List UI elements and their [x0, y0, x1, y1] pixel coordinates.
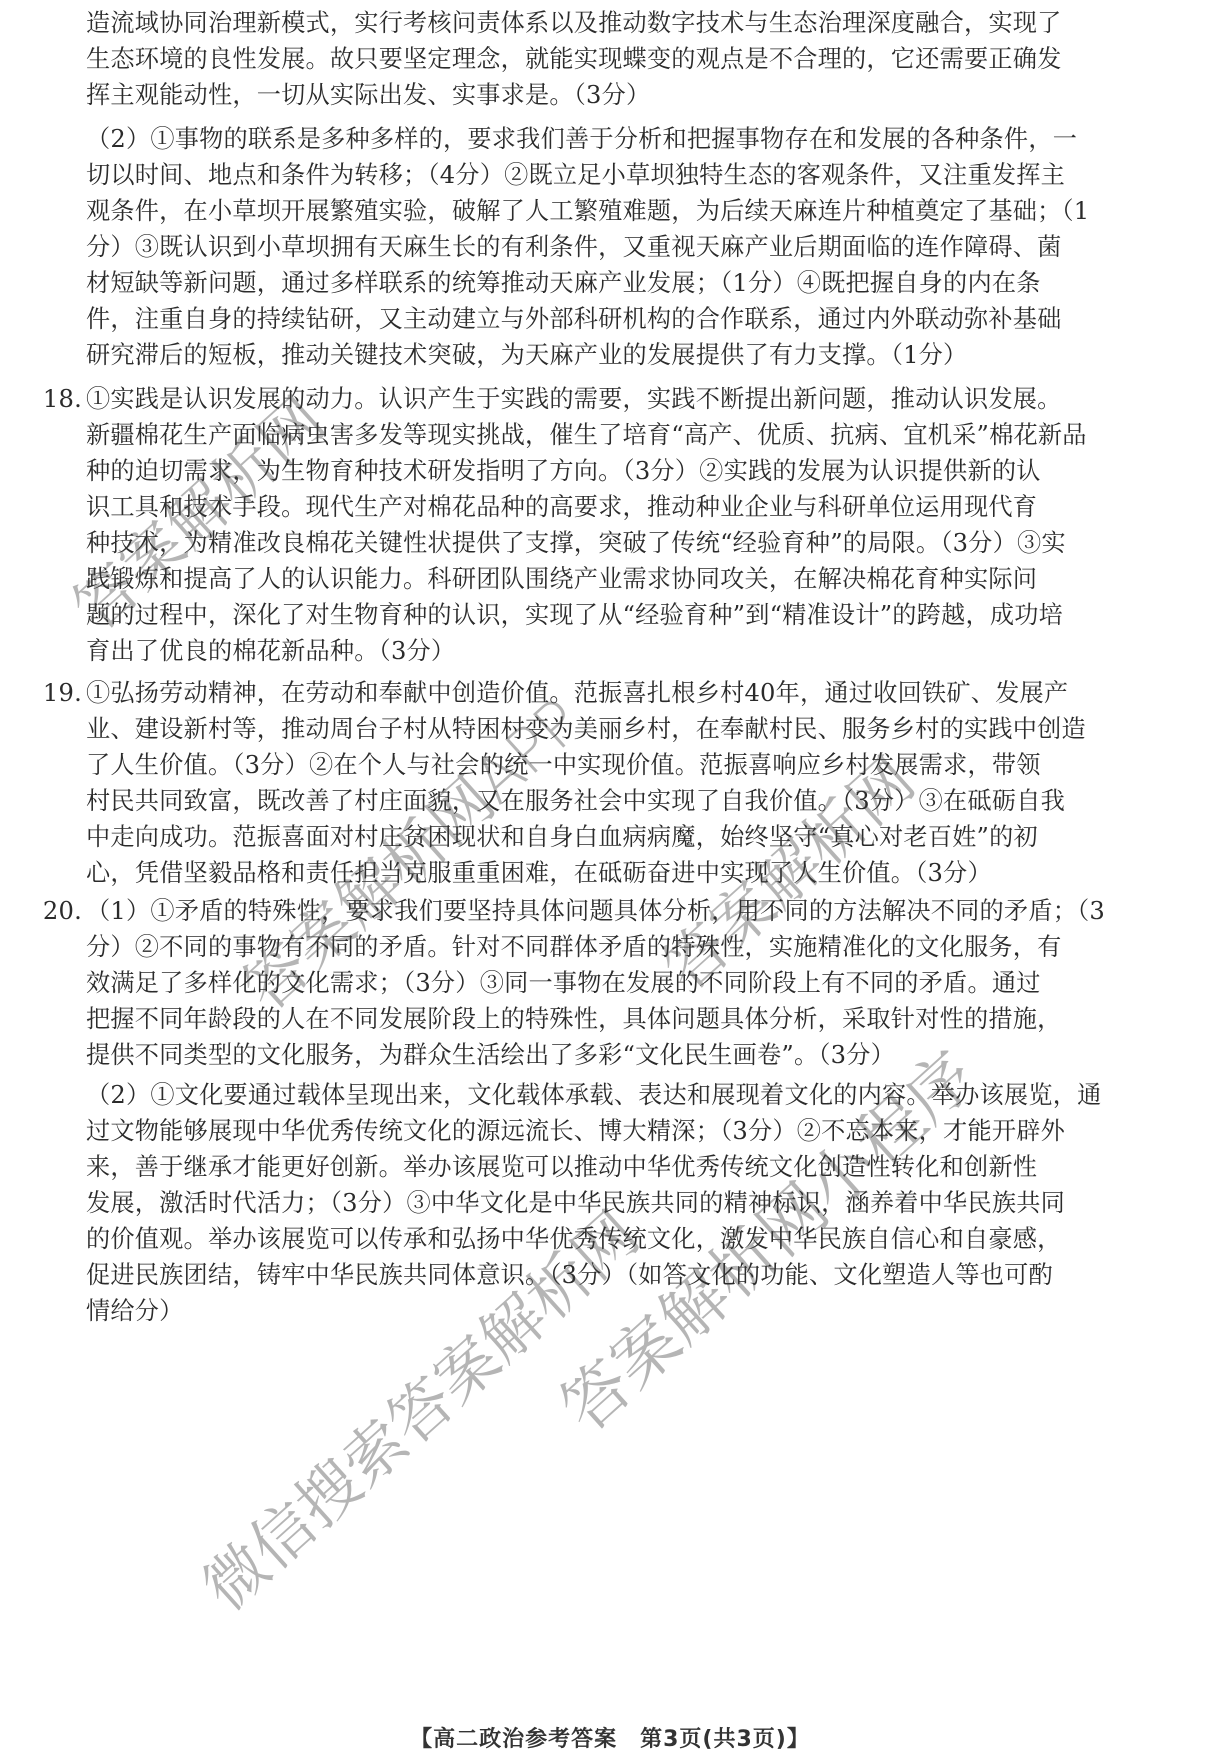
- line-text: 分）③既认识到小草坝拥有天麻生长的有利条件，又重视天麻产业后期面临的连作障碍、菌: [86, 233, 1062, 261]
- line-text: 育出了优良的棉花新品种。（3分）: [86, 637, 455, 665]
- line-text: 了人生价值。（3分）②在个人与社会的统一中实现价值。范振喜响应乡村发展需求，带领: [86, 751, 1041, 779]
- line-text: ①实践是认识发展的动力。认识产生于实践的需要，实践不断提出新问题，推动认识发展。: [86, 385, 1062, 413]
- line-text: （1）①矛盾的特殊性，要求我们要坚持具体问题具体分析，用不同的方法解决不同的矛盾…: [86, 897, 1105, 925]
- line-text: 发展，激活时代活力；（3分）③中华文化是中华民族共同的精神标识，涵养着中华民族共…: [86, 1189, 1065, 1217]
- line-text: （2）①文化要通过载体呈现出来，文化载体承载、表达和展现着文化的内容。举办该展览…: [86, 1081, 1101, 1109]
- text-line: 种的迫切需求，为生物育种技术研发指明了方向。（3分）②实践的发展为认识提供新的认: [86, 454, 1041, 488]
- text-line: 分）③既认识到小草坝拥有天麻生长的有利条件，又重视天麻产业后期面临的连作障碍、菌: [86, 230, 1062, 264]
- text-line: 18.①实践是认识发展的动力。认识产生于实践的需要，实践不断提出新问题，推动认识…: [86, 382, 1062, 416]
- text-line: 效满足了多样化的文化需求；（3分）③同一事物在发展的不同阶段上有不同的矛盾。通过: [86, 966, 1041, 1000]
- text-line: 识工具和技术手段。现代生产对棉花品种的高要求，推动种业企业与科研单位运用现代育: [86, 490, 1037, 524]
- text-line: （2）①事物的联系是多种多样的，要求我们善于分析和把握事物存在和发展的各种条件，…: [86, 122, 1077, 156]
- text-line: 村民共同致富，既改善了村庄面貌，又在服务社会中实现了自我价值。（3分）③在砥砺自…: [86, 784, 1065, 818]
- text-line: 挥主观能动性，一切从实际出发、实事求是。（3分）: [86, 78, 650, 112]
- line-text: 心，凭借坚毅品格和责任担当克服重重困难，在砥砺奋进中实现了人生价值。（3分）: [86, 859, 992, 887]
- line-text: 促进民族团结，铸牢中华民族共同体意识。（3分）（如答文化的功能、文化塑造人等也可…: [86, 1261, 1053, 1289]
- line-text: 件，注重自身的持续钻研，又主动建立与外部科研机构的合作联系，通过内外联动弥补基础: [86, 305, 1062, 333]
- answer-sheet-page: 造流域协同治理新模式，实行考核问责体系以及推动数字技术与生态治理深度融合，实现了…: [0, 0, 1220, 1758]
- text-line: 业、建设新村等，推动周台子村从特困村变为美丽乡村，在奉献村民、服务乡村的实践中创…: [86, 712, 1086, 746]
- page-footer: 【高二政治参考答案 第3页(共3页)】: [0, 1722, 1220, 1753]
- line-text: 种的迫切需求，为生物育种技术研发指明了方向。（3分）②实践的发展为认识提供新的认: [86, 457, 1041, 485]
- line-text: 识工具和技术手段。现代生产对棉花品种的高要求，推动种业企业与科研单位运用现代育: [86, 493, 1037, 521]
- text-line: 践锻炼和提高了人的认识能力。科研团队围绕产业需求协同攻关，在解决棉花育种实际问: [86, 562, 1037, 596]
- line-text: 践锻炼和提高了人的认识能力。科研团队围绕产业需求协同攻关，在解决棉花育种实际问: [86, 565, 1037, 593]
- line-text: 观条件，在小草坝开展繁殖实验，破解了人工繁殖难题，为后续天麻连片种植奠定了基础；…: [86, 197, 1089, 225]
- text-line: 材短缺等新问题，通过多样联系的统筹推动天麻产业发展；（1分）④既把握自身的内在条: [86, 266, 1041, 300]
- question-number: 20.: [22, 894, 82, 928]
- text-line: （2）①文化要通过载体呈现出来，文化载体承载、表达和展现着文化的内容。举办该展览…: [86, 1078, 1101, 1112]
- text-line: 来，善于继承才能更好创新。举办该展览可以推动中华优秀传统文化创造性转化和创新性: [86, 1150, 1037, 1184]
- text-line: 情给分）: [86, 1294, 184, 1328]
- text-line: 题的过程中，深化了对生物育种的认识，实现了从“经验育种”到“精准设计”的跨越，成…: [86, 598, 1063, 632]
- text-line: 育出了优良的棉花新品种。（3分）: [86, 634, 455, 668]
- text-line: 过文物能够展现中华优秀传统文化的源远流长、博大精深；（3分）②不忘本来，才能开辟…: [86, 1114, 1065, 1148]
- line-text: ①弘扬劳动精神，在劳动和奉献中创造价值。范振喜扎根乡村40年，通过收回铁矿、发展…: [86, 679, 1068, 707]
- line-text: 造流域协同治理新模式，实行考核问责体系以及推动数字技术与生态治理深度融合，实现了: [86, 9, 1062, 37]
- line-text: 业、建设新村等，推动周台子村从特困村变为美丽乡村，在奉献村民、服务乡村的实践中创…: [86, 715, 1086, 743]
- line-text: 过文物能够展现中华优秀传统文化的源远流长、博大精深；（3分）②不忘本来，才能开辟…: [86, 1117, 1065, 1145]
- text-line: 把握不同年龄段的人在不同发展阶段上的特殊性，具体问题具体分析，采取针对性的措施，: [86, 1002, 1062, 1036]
- text-line: 的价值观。举办该展览可以传承和弘扬中华优秀传统文化，激发中华民族自信心和自豪感，: [86, 1222, 1062, 1256]
- text-line: 观条件，在小草坝开展繁殖实验，破解了人工繁殖难题，为后续天麻连片种植奠定了基础；…: [86, 194, 1089, 228]
- text-line: 促进民族团结，铸牢中华民族共同体意识。（3分）（如答文化的功能、文化塑造人等也可…: [86, 1258, 1053, 1292]
- text-line: 中走向成功。范振喜面对村庄贫困现状和自身白血病病魔，始终坚守“真心对老百姓”的初: [86, 820, 1038, 854]
- text-line: 发展，激活时代活力；（3分）③中华文化是中华民族共同的精神标识，涵养着中华民族共…: [86, 1186, 1065, 1220]
- line-text: 挥主观能动性，一切从实际出发、实事求是。（3分）: [86, 81, 650, 109]
- line-text: 生态环境的良性发展。故只要坚定理念，就能实现蝶变的观点是不合理的，它还需要正确发: [86, 45, 1062, 73]
- question-number: 18.: [22, 382, 82, 416]
- line-text: 题的过程中，深化了对生物育种的认识，实现了从“经验育种”到“精准设计”的跨越，成…: [86, 601, 1063, 629]
- line-text: 情给分）: [86, 1297, 184, 1325]
- text-line: 研究滞后的短板，推动关键技术突破，为天麻产业的发展提供了有力支撑。（1分）: [86, 338, 967, 372]
- text-line: 生态环境的良性发展。故只要坚定理念，就能实现蝶变的观点是不合理的，它还需要正确发: [86, 42, 1062, 76]
- text-line: 件，注重自身的持续钻研，又主动建立与外部科研机构的合作联系，通过内外联动弥补基础: [86, 302, 1062, 336]
- text-line: 了人生价值。（3分）②在个人与社会的统一中实现价值。范振喜响应乡村发展需求，带领: [86, 748, 1041, 782]
- text-line: 种技术，为精准改良棉花关键性状提供了支撑，突破了传统“经验育种”的局限。（3分）…: [86, 526, 1066, 560]
- line-text: （2）①事物的联系是多种多样的，要求我们善于分析和把握事物存在和发展的各种条件，…: [86, 125, 1077, 153]
- text-line: 提供不同类型的文化服务，为群众生活绘出了多彩“文化民生画卷”。（3分）: [86, 1038, 895, 1072]
- line-text: 来，善于继承才能更好创新。举办该展览可以推动中华优秀传统文化创造性转化和创新性: [86, 1153, 1037, 1181]
- line-text: 研究滞后的短板，推动关键技术突破，为天麻产业的发展提供了有力支撑。（1分）: [86, 341, 967, 369]
- line-text: 村民共同致富，既改善了村庄面貌，又在服务社会中实现了自我价值。（3分）③在砥砺自…: [86, 787, 1065, 815]
- text-line: 新疆棉花生产面临病虫害多发等现实挑战，催生了培育“高产、优质、抗病、宜机采”棉花…: [86, 418, 1087, 452]
- text-line: 心，凭借坚毅品格和责任担当克服重重困难，在砥砺奋进中实现了人生价值。（3分）: [86, 856, 992, 890]
- line-text: 效满足了多样化的文化需求；（3分）③同一事物在发展的不同阶段上有不同的矛盾。通过: [86, 969, 1041, 997]
- question-number: 19.: [22, 676, 82, 710]
- text-line: 切以时间、地点和条件为转移；（4分）②既立足小草坝独特生态的客观条件，又注重发挥…: [86, 158, 1065, 192]
- line-text: 提供不同类型的文化服务，为群众生活绘出了多彩“文化民生画卷”。（3分）: [86, 1041, 895, 1069]
- line-text: 分）②不同的事物有不同的矛盾。针对不同群体矛盾的特殊性，实施精准化的文化服务，有: [86, 933, 1062, 961]
- line-text: 中走向成功。范振喜面对村庄贫困现状和自身白血病病魔，始终坚守“真心对老百姓”的初: [86, 823, 1038, 851]
- line-text: 材短缺等新问题，通过多样联系的统筹推动天麻产业发展；（1分）④既把握自身的内在条: [86, 269, 1041, 297]
- line-text: 把握不同年龄段的人在不同发展阶段上的特殊性，具体问题具体分析，采取针对性的措施，: [86, 1005, 1062, 1033]
- line-text: 的价值观。举办该展览可以传承和弘扬中华优秀传统文化，激发中华民族自信心和自豪感，: [86, 1225, 1062, 1253]
- line-text: 切以时间、地点和条件为转移；（4分）②既立足小草坝独特生态的客观条件，又注重发挥…: [86, 161, 1065, 189]
- text-line: 19.①弘扬劳动精神，在劳动和奉献中创造价值。范振喜扎根乡村40年，通过收回铁矿…: [86, 676, 1068, 710]
- text-line: 分）②不同的事物有不同的矛盾。针对不同群体矛盾的特殊性，实施精准化的文化服务，有: [86, 930, 1062, 964]
- line-text: 种技术，为精准改良棉花关键性状提供了支撑，突破了传统“经验育种”的局限。（3分）…: [86, 529, 1066, 557]
- line-text: 新疆棉花生产面临病虫害多发等现实挑战，催生了培育“高产、优质、抗病、宜机采”棉花…: [86, 421, 1087, 449]
- text-line: 造流域协同治理新模式，实行考核问责体系以及推动数字技术与生态治理深度融合，实现了: [86, 6, 1062, 40]
- text-line: 20.（1）①矛盾的特殊性，要求我们要坚持具体问题具体分析，用不同的方法解决不同…: [86, 894, 1105, 928]
